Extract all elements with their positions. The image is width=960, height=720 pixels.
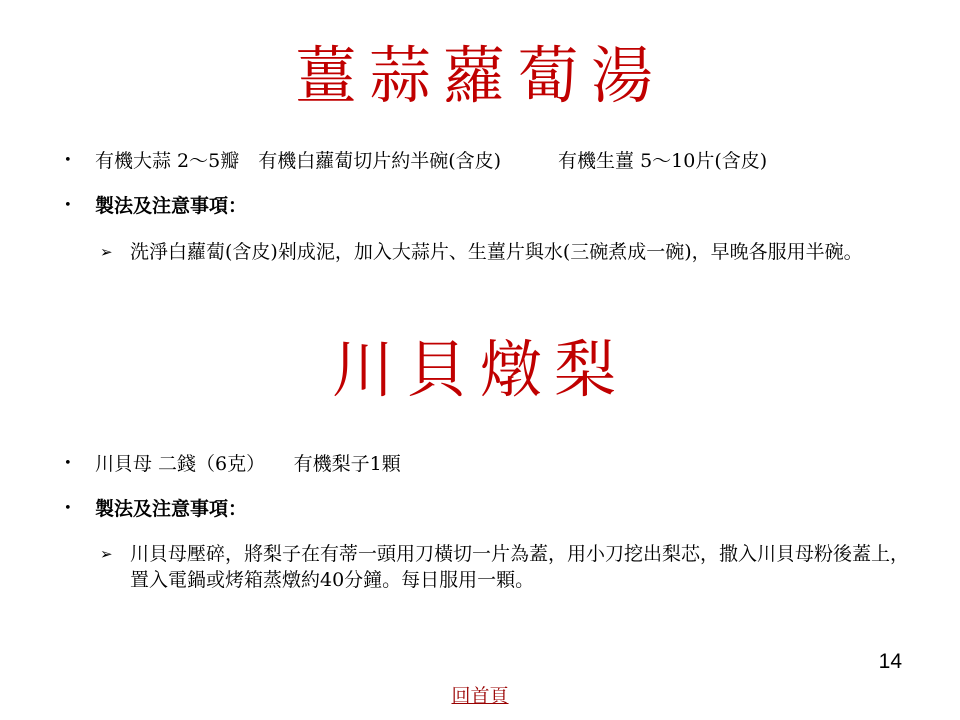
recipe1-ingredients-text: 有機大蒜 2～5瓣 有機白蘿蔔切片約半碗(含皮) 有機生薑 5～10片(含皮) (95, 148, 767, 174)
recipe1-ingredients-line: • 有機大蒜 2～5瓣 有機白蘿蔔切片約半碗(含皮) 有機生薑 5～10片(含皮… (64, 148, 920, 174)
recipe1-method-step-text: 洗淨白蘿蔔(含皮)剁成泥，加入大蒜片、生薑片與水(三碗煮成一碗)，早晚各服用半碗… (130, 239, 863, 265)
footer: 回首頁 (0, 681, 960, 708)
recipe2-method-heading-text: 製法及注意事項： (95, 496, 247, 522)
bullet-icon: • (64, 496, 95, 522)
recipe2-ingredients-line: • 川貝母 二錢（6克） 有機梨子1顆 (64, 451, 920, 477)
recipe1-method-heading-line: • 製法及注意事項： (64, 193, 920, 219)
recipe2-method-step-line: ➢ 川貝母壓碎，將梨子在有蒂一頭用刀橫切一片為蓋，用小刀挖出梨芯，撒入川貝母粉後… (100, 541, 912, 593)
recipe1-title: 薑蒜蘿蔔湯 (0, 40, 960, 112)
recipe2-method-heading-line: • 製法及注意事項： (64, 496, 920, 522)
recipe2-title: 川貝燉梨 (0, 334, 960, 406)
recipe1-method-heading-text: 製法及注意事項： (95, 193, 247, 219)
bullet-icon: • (64, 148, 95, 174)
arrow-bullet-icon: ➢ (100, 239, 130, 265)
recipe2-method-step-text: 川貝母壓碎，將梨子在有蒂一頭用刀橫切一片為蓋，用小刀挖出梨芯，撒入川貝母粉後蓋上… (130, 541, 912, 593)
slide: 薑蒜蘿蔔湯 • 有機大蒜 2～5瓣 有機白蘿蔔切片約半碗(含皮) 有機生薑 5～… (0, 0, 960, 720)
page-number: 14 (879, 650, 902, 674)
arrow-bullet-icon: ➢ (100, 541, 130, 567)
recipe2-ingredients-text: 川貝母 二錢（6克） 有機梨子1顆 (95, 451, 401, 477)
recipe1-method-step-line: ➢ 洗淨白蘿蔔(含皮)剁成泥，加入大蒜片、生薑片與水(三碗煮成一碗)，早晚各服用… (100, 239, 912, 265)
home-link[interactable]: 回首頁 (451, 685, 508, 707)
bullet-icon: • (64, 193, 95, 219)
bullet-icon: • (64, 451, 95, 477)
